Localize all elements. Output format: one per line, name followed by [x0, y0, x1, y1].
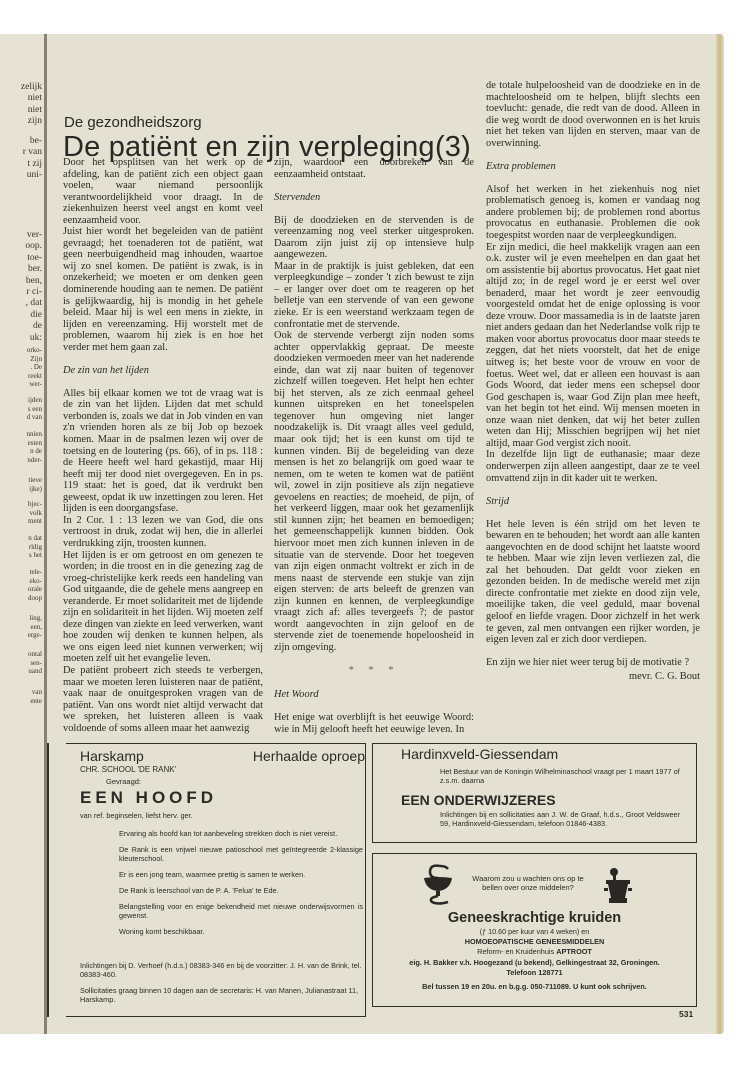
paragraph: Bij de doodzieken en de stervenden is de… [274, 215, 474, 261]
ad-detail-item: De Rank is leerschool van de P. A. 'Felu… [119, 886, 363, 895]
subheading: Het Woord [274, 689, 474, 701]
ad-intro: Het Bestuur van de Koningin Wilhelminasc… [440, 767, 680, 785]
snake-bowl-icon [418, 862, 458, 906]
ad-requirement: van ref. beginselen, liefst herv. ger. [80, 811, 193, 820]
ad-kruiden: Waarom zou u wachten ons op te bellen ov… [372, 853, 697, 1007]
ad-detail-item: Belangstelling voor en enige bekendheid … [119, 902, 363, 920]
ad-town: Harskamp [80, 748, 144, 764]
ad-line: Reform- en Kruidenhuis APTROOT [373, 947, 696, 956]
ad-details: Ervaring als hoofd kan tot aanbeveling s… [119, 829, 363, 943]
paragraph: In 2 Cor. 1 : 13 lezen we van God, die o… [63, 515, 263, 550]
subheading: Extra problemen [486, 161, 700, 173]
ad-town: Hardinxveld-Giessendam [401, 746, 558, 762]
paragraph: Juist hier wordt het begeleiden van de p… [63, 226, 263, 353]
ad-price: (ƒ 10.60 per kuur van 4 weken) en [373, 927, 696, 936]
paragraph: Het lijden is er om getroost en om genez… [63, 550, 263, 665]
ad-detail-item: Ervaring als hoofd kan tot aanbeveling s… [119, 829, 363, 838]
ad-address: eig. H. Bakker v.h. Hoogezand (u bekend)… [373, 958, 696, 967]
ad-headline: EEN HOOFD [80, 788, 217, 808]
paragraph: Maar in de praktijk is juist gebleken, d… [274, 261, 474, 330]
ad-headline: EEN ONDERWIJZERES [401, 792, 556, 808]
subheading: De zin van het lijden [63, 365, 263, 377]
ad-detail-item: Er is een jong team, waarmee prettig is … [119, 870, 363, 879]
section-label: De gezondheidszorg [64, 114, 202, 131]
facing-page-fragment: tieveijke) [0, 476, 42, 493]
ad-border [47, 743, 49, 1017]
paragraph: Alles bij elkaar komen we tot de vraag w… [63, 388, 263, 515]
facing-page-fragment: bjec-volkment [0, 500, 42, 526]
facing-page-fragment: ver-oop.toe-ber.ben,r ci-, datdiedeuk: [0, 230, 42, 344]
mortar-pestle-icon [603, 866, 633, 906]
page-number: 531 [679, 1009, 693, 1019]
ad-apply: Sollicitaties graag binnen 10 dagen aan … [80, 986, 364, 1004]
ad-headline: Geneeskrachtige kruiden [373, 910, 696, 926]
ad-repeat-notice: Herhaalde oproep [253, 748, 365, 764]
ad-hardinxveld: Hardinxveld-Giessendam Het Bestuur van d… [372, 743, 697, 843]
author-signature: mevr. C. G. Bout [486, 671, 700, 683]
facing-page-fragment: n datrldigs het [0, 534, 42, 560]
article-column-2: zijn, waardoor een doorbreken van de een… [274, 157, 474, 735]
ad-shop-name: APTROOT [556, 947, 592, 956]
article-column-3: de totale hulpeloosheid van de doodzieke… [486, 80, 700, 682]
paragraph: Het enige wat overblijft is het eeuwige … [274, 712, 474, 735]
facing-page-fragment: tele-eko-oraledoop [0, 568, 42, 602]
paragraph: Er zijn medici, die heel makkelijk vrage… [486, 242, 700, 450]
facing-page-fragment: zelijknietnietzijn [0, 82, 42, 128]
facing-page-fragment: nnienestenn dender- [0, 430, 42, 464]
article-column-1: Door het opsplitsen van het werk op de a… [63, 157, 263, 734]
section-divider: * * * [274, 665, 474, 677]
ad-phone: Telefoon 128771 [373, 968, 696, 977]
facing-page-fragment: be-r vant zijuni- [0, 136, 42, 182]
subheading: Stervenden [274, 192, 474, 204]
paragraph: zijn, waardoor een doorbreken van de een… [274, 157, 474, 180]
ad-contact: Inlichtingen bij D. Verhoef (h.d.s.) 083… [80, 961, 364, 1011]
paragraph: In dezelfde lijn ligt de euthanasie; maa… [486, 449, 700, 484]
ad-harskamp: Harskamp Herhaalde oproep CHR. SCHOOL 'D… [66, 743, 366, 1017]
facing-page-fragment: orko-Zijn. Dereektwer- [0, 346, 42, 389]
paragraph: Het hele leven is één strijd om het leve… [486, 519, 700, 646]
ad-detail-item: Woning komt beschikbaar. [119, 927, 363, 936]
ad-contact: Inlichtingen bij en sollicitaties aan J.… [440, 810, 680, 828]
ad-shop-prefix: Reform- en Kruidenhuis [477, 947, 556, 956]
facing-page-fragment: ijdens eend van [0, 396, 42, 422]
facing-page-fragment: vanente [0, 688, 42, 705]
paragraph: En zijn we hier niet weer terug bij de m… [486, 657, 700, 669]
paragraph: Alsof het werken in het ziekenhuis nog n… [486, 184, 700, 242]
ad-school-name: CHR. SCHOOL 'DE RANK' [80, 765, 176, 774]
ad-wanted-label: Gevraagd: [106, 777, 141, 786]
facing-page-fragment: ontalsen-uand [0, 650, 42, 676]
ad-info: Inlichtingen bij D. Verhoef (h.d.s.) 083… [80, 961, 364, 979]
paragraph: de totale hulpeloosheid van de doodzieke… [486, 80, 700, 149]
paragraph: De patiënt probeert zich steeds te verbe… [63, 665, 263, 734]
ad-detail-item: De Rank is een vrijwel nieuwe patioschoo… [119, 845, 363, 863]
paragraph: Door het opsplitsen van het werk op de a… [63, 157, 263, 226]
ad-question: Waarom zou u wachten ons op te bellen ov… [463, 874, 593, 892]
subheading: Strijd [486, 496, 700, 508]
facing-page-fragment: ling,een,erge- [0, 614, 42, 640]
ad-call-info: Bel tussen 19 en 20u. en b.g.g. 050-7110… [373, 982, 696, 991]
page-edge [716, 34, 724, 1034]
paragraph: Ook de stervende verbergt zijn noden som… [274, 330, 474, 653]
ad-line: HOMOEOPATISCHE GENEESMIDDELEN [373, 937, 696, 946]
